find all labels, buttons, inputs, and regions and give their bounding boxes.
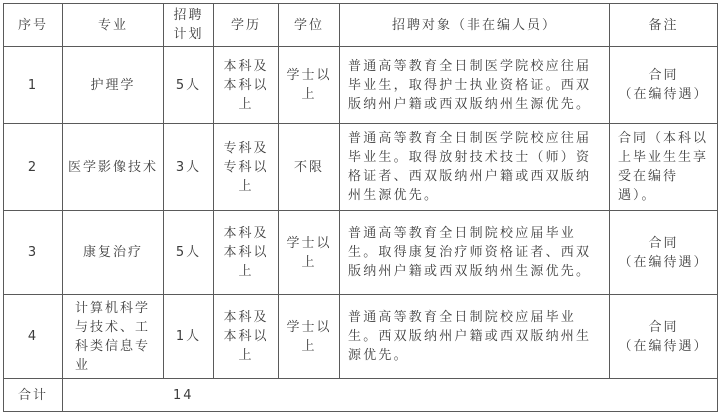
cell-degree: 不限 bbox=[279, 124, 340, 211]
header-degree: 学位 bbox=[279, 4, 340, 47]
header-target: 招聘对象（非在编人员） bbox=[340, 4, 610, 47]
remark-line1: 合同 bbox=[648, 318, 678, 337]
cell-target: 普通高等教育全日制医学院校应往届毕业生，取得护士执业资格证。西双版纳州户籍或西双… bbox=[340, 47, 610, 124]
cell-index: 3 bbox=[4, 211, 63, 295]
cell-education: 专科及专科以上 bbox=[214, 124, 279, 211]
cell-plan: 5人 bbox=[164, 47, 214, 124]
cell-major: 医学影像技术 bbox=[63, 124, 164, 211]
header-education: 学历 bbox=[214, 4, 279, 47]
cell-target: 普通高等教育全日制院校应届毕业生。西双版纳州户籍或西双版纳州生源优先。 bbox=[340, 295, 610, 379]
cell-education: 本科及本科以上 bbox=[214, 47, 279, 124]
table-row: 1 护理学 5人 本科及本科以上 学士以上 普通高等教育全日制医学院校应往届毕业… bbox=[4, 47, 718, 124]
header-index: 序号 bbox=[4, 4, 63, 47]
cell-degree: 学士以上 bbox=[279, 211, 340, 295]
cell-target: 普通高等教育全日制医学院校应往届毕业生。取得放射技术技士（师）资格证者、西双版纳… bbox=[340, 124, 610, 211]
total-row: 合计 14 bbox=[4, 379, 718, 412]
cell-plan: 1人 bbox=[164, 295, 214, 379]
cell-index: 4 bbox=[4, 295, 63, 379]
header-plan-line1: 招聘 bbox=[173, 6, 203, 25]
cell-education: 本科及本科以上 bbox=[214, 211, 279, 295]
header-major: 专业 bbox=[63, 4, 164, 47]
remark-line2: （在编待遇） bbox=[618, 253, 708, 272]
cell-remark: 合同 （在编待遇） bbox=[610, 211, 718, 295]
cell-major: 计算机科学与技术、工科类信息专业 bbox=[63, 295, 164, 379]
table-row: 3 康复治疗 5人 本科及本科以上 学士以上 普通高等教育全日制院校应届毕业生。… bbox=[4, 211, 718, 295]
cell-plan: 3人 bbox=[164, 124, 214, 211]
header-plan-line2: 计划 bbox=[173, 25, 203, 44]
cell-index: 1 bbox=[4, 47, 63, 124]
cell-remark: 合同（本科以上毕业生生享受在编待遇）。 bbox=[610, 124, 718, 211]
cell-remark: 合同 （在编待遇） bbox=[610, 47, 718, 124]
remark-line1: 合同 bbox=[648, 234, 678, 253]
header-plan: 招聘 计划 bbox=[164, 4, 214, 47]
total-label: 合计 bbox=[4, 379, 63, 412]
remark-line2: （在编待遇） bbox=[618, 337, 708, 356]
cell-plan: 5人 bbox=[164, 211, 214, 295]
cell-target: 普通高等教育全日制院校应届毕业生。取得康复治疗师资格证者、西双版纳州户籍或西双版… bbox=[340, 211, 610, 295]
cell-major: 康复治疗 bbox=[63, 211, 164, 295]
table-row: 2 医学影像技术 3人 专科及专科以上 不限 普通高等教育全日制医学院校应往届毕… bbox=[4, 124, 718, 211]
cell-major: 护理学 bbox=[63, 47, 164, 124]
header-row: 序号 专业 招聘 计划 学历 学位 招聘对象（非在编人员） 备注 bbox=[4, 4, 718, 47]
total-value: 14 bbox=[63, 379, 718, 412]
cell-education: 本科及本科以上 bbox=[214, 295, 279, 379]
header-remark: 备注 bbox=[610, 4, 718, 47]
table-row: 4 计算机科学与技术、工科类信息专业 1人 本科及本科以上 学士以上 普通高等教… bbox=[4, 295, 718, 379]
remark-line2: （在编待遇） bbox=[618, 85, 708, 104]
cell-remark: 合同 （在编待遇） bbox=[610, 295, 718, 379]
cell-index: 2 bbox=[4, 124, 63, 211]
cell-degree: 学士以上 bbox=[279, 295, 340, 379]
cell-degree: 学士以上 bbox=[279, 47, 340, 124]
recruitment-table: 序号 专业 招聘 计划 学历 学位 招聘对象（非在编人员） 备注 1 护理学 5… bbox=[3, 3, 718, 412]
remark-line1: 合同 bbox=[648, 66, 678, 85]
